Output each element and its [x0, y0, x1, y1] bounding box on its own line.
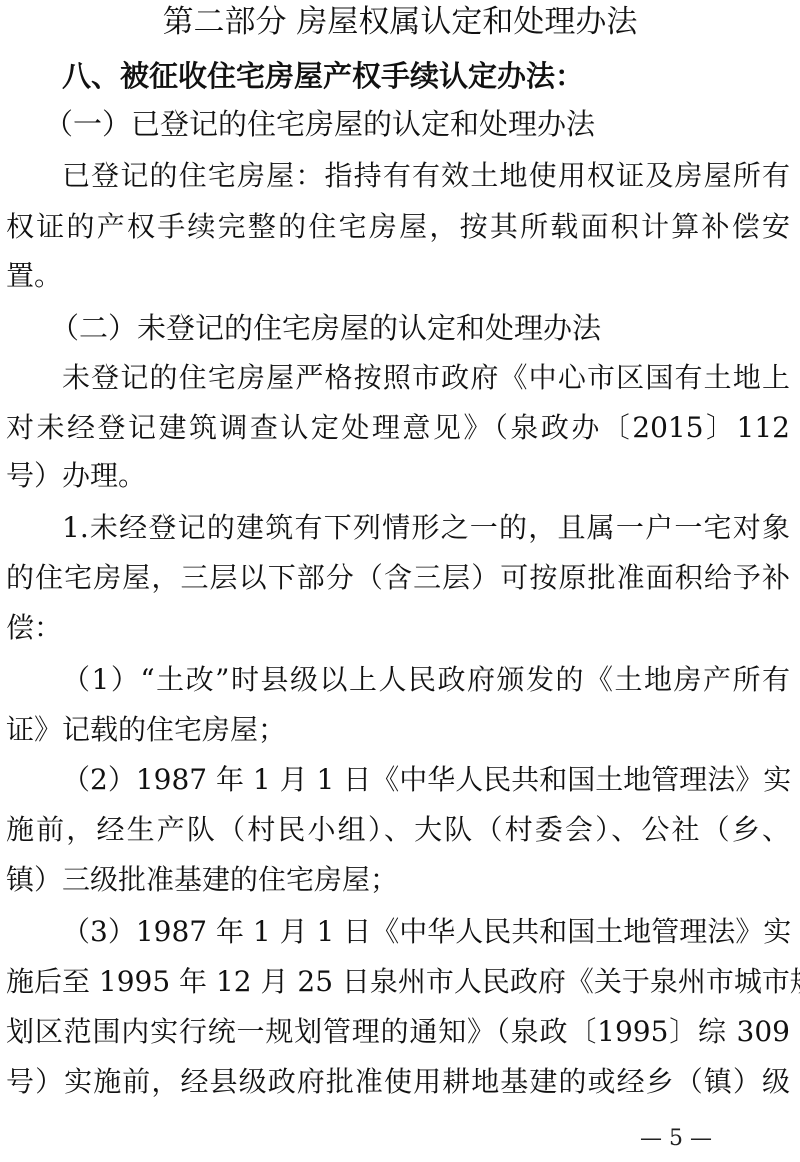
document-title: 第二部分 房屋权属认定和处理办法 — [0, 2, 800, 42]
paragraph-line: 证》记载的住宅房屋； — [6, 710, 800, 750]
subsection-heading-unregistered: （二）未登记的住宅房屋的认定和处理办法 — [50, 308, 800, 348]
section-heading: 八、被征收住宅房屋产权手续认定办法： — [62, 56, 800, 96]
paragraph-line: 施前，经生产队（村民小组）、大队（村委会）、公社（乡、 — [6, 810, 790, 850]
paragraph-line: 号）办理。 — [6, 456, 800, 496]
paragraph-line: 划区范围内实行统一规划管理的通知》（泉政〔1995〕综 309 — [6, 1012, 790, 1052]
paragraph-line: 已登记的住宅房屋：指持有有效土地使用权证及房屋所有 — [62, 156, 790, 196]
paragraph-line: 未登记的住宅房屋严格按照市政府《中心市区国有土地上 — [62, 358, 790, 398]
paragraph-line: 的住宅房屋，三层以下部分（含三层）可按原批准面积给予补 — [6, 558, 790, 598]
paragraph-line: 权证的产权手续完整的住宅房屋，按其所载面积计算补偿安 — [6, 207, 790, 247]
subsection-heading-registered: （一）已登记的住宅房屋的认定和处理办法 — [44, 104, 800, 144]
paragraph-line: 镇）三级批准基建的住宅房屋； — [6, 860, 800, 900]
paragraph-line: 1.未经登记的建筑有下列情形之一的，且属一户一宅对象 — [62, 508, 790, 548]
paragraph-line: （3）1987 年 1 月 1 日《中华人民共和国土地管理法》实 — [62, 912, 790, 952]
paragraph-line: 置。 — [6, 256, 800, 296]
paragraph-line: （2）1987 年 1 月 1 日《中华人民共和国土地管理法》实 — [62, 760, 790, 800]
paragraph-line: 号）实施前，经县级政府批准使用耕地基建的或经乡（镇）级 — [6, 1062, 790, 1102]
paragraph-line: 对未经登记建筑调查认定处理意见》（泉政办〔2015〕112 — [6, 408, 790, 448]
paragraph-line: （1）“土改”时县级以上人民政府颁发的《土地房产所有 — [62, 660, 790, 700]
page-number: — 5 — — [640, 1124, 712, 1154]
paragraph-line: 施后至 1995 年 12 月 25 日泉州市人民政府《关于泉州市城市规 — [6, 962, 790, 1002]
paragraph-line: 偿： — [6, 608, 800, 648]
